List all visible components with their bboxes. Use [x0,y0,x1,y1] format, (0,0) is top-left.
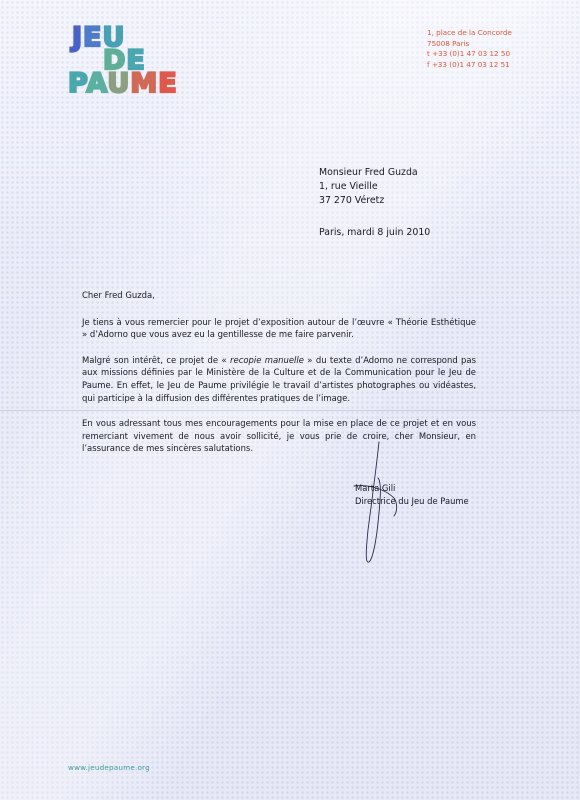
paragraph-1: Je tiens à vous remercier pour le projet… [82,316,476,341]
letter-page: JEU DE PAUME 1, place de la Concorde 750… [0,0,580,800]
paragraph-2-italic: recopie manuelle [230,355,304,365]
recipient-city: 37 270 Véretz [319,194,418,208]
logo-row-paume: PAUME [68,72,178,95]
logo-letter: A [86,68,107,99]
logo-letter: E [83,22,102,53]
logo-letter: E [158,68,177,99]
paragraph-2: Malgré son intérêt, ce projet de « recop… [82,354,476,405]
contact-phone: t +33 (0)1 47 03 12 50 [427,49,512,60]
contact-address-line2: 75008 Paris [427,39,512,50]
recipient-street: 1, rue Vieille [319,180,418,194]
letter-date: Paris, mardi 8 juin 2010 [319,227,430,238]
logo-letter: J [72,22,83,53]
letterhead-contact: 1, place de la Concorde 75008 Paris t +3… [427,28,512,70]
logo-letter: P [68,68,86,99]
jeu-de-paume-logo: JEU DE PAUME [68,26,178,95]
contact-fax: f +33 (0)1 47 03 12 51 [427,60,512,71]
logo-letter: M [130,68,158,99]
recipient-name: Monsieur Fred Guzda [319,166,418,180]
website-link[interactable]: www.jeudepaume.org [68,763,150,772]
signatory-name: Marta Gili [355,482,469,495]
signature-block: Marta Gili Directrice du Jeu de Paume [355,482,469,507]
signatory-title: Directrice du Jeu de Paume [355,495,469,508]
salutation: Cher Fred Guzda, [82,289,476,302]
paragraph-2-text: Malgré son intérêt, ce projet de « [82,355,230,365]
recipient-address: Monsieur Fred Guzda 1, rue Vieille 37 27… [319,166,418,208]
contact-address-line1: 1, place de la Concorde [427,28,512,39]
logo-letter: U [107,68,130,99]
